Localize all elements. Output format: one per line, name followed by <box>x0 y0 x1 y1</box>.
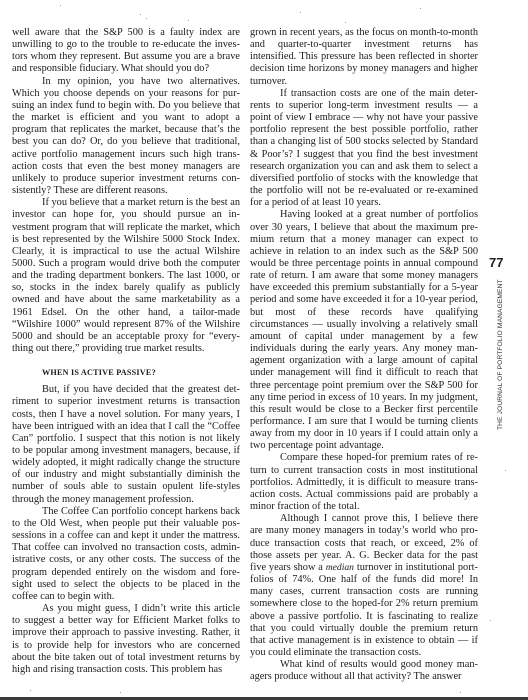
paragraph: If you believe that a market return is t… <box>12 197 240 355</box>
paragraph: well aware that the S&P 500 is a faulty … <box>12 27 240 76</box>
page-number: 77 <box>489 255 503 270</box>
text-run: turnover in institutional port­folios of… <box>250 562 478 658</box>
journal-page: well aware that the S&P 500 is a faulty … <box>0 0 528 700</box>
paragraph: Compare these hoped-for premium rates of… <box>250 452 478 513</box>
paragraph: The Coffee Can portfolio concept harkens… <box>12 506 240 603</box>
running-head-vertical: THE JOURNAL OF PORTFOLIO MANAGEMENT <box>497 279 504 430</box>
paragraph: If transaction costs are one of the main… <box>250 88 478 210</box>
paragraph: grown in recent years, as the focus on m… <box>250 27 478 88</box>
paragraph: Having looked at a great number of portf… <box>250 209 478 452</box>
paragraph: As you might guess, I didn’t write this … <box>12 603 240 676</box>
left-column: well aware that the S&P 500 is a faulty … <box>12 27 240 676</box>
paragraph: Although I cannot prove this, I believe … <box>250 513 478 659</box>
right-column: grown in recent years, as the focus on m… <box>250 27 478 683</box>
emphasis-median: median <box>326 562 354 573</box>
section-heading: WHEN IS ACTIVE PASSIVE? <box>42 367 240 379</box>
paragraph: What kind of results would good money ma… <box>250 659 478 683</box>
paragraph: In my opinion, you have two alternatives… <box>12 76 240 198</box>
paragraph: But, if you have decided that the greate… <box>12 384 240 506</box>
